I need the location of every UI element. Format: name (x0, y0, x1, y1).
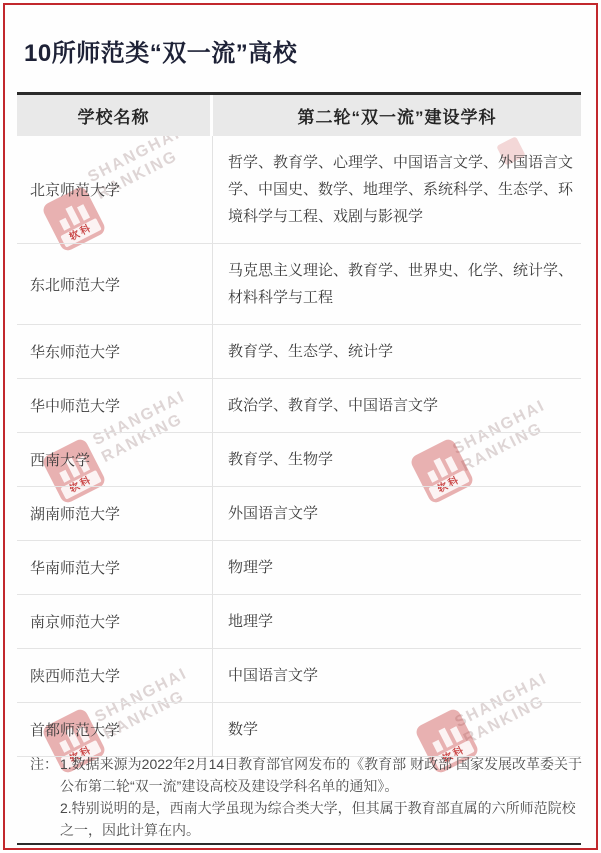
footnote-item: 1.数据来源为2022年2月14日教育部官网发布的《教育部 财政部 国家发展改革… (60, 753, 582, 797)
school-subjects: 物理学 (212, 541, 581, 594)
school-name: 东北师范大学 (17, 244, 212, 324)
school-name: 北京师范大学 (17, 136, 212, 243)
table-row: 北京师范大学 哲学、教育学、心理学、中国语言文学、外国语言文学、中国史、数学、地… (17, 136, 581, 244)
col-header-school-name: 学校名称 (17, 95, 210, 136)
footnote-item: 2.特别说明的是，西南大学虽现为综合类大学，但其属于教育部直属的六所师范院校之一… (60, 797, 582, 841)
footnote-body: 1.数据来源为2022年2月14日教育部官网发布的《教育部 财政部 国家发展改革… (60, 753, 582, 841)
table-row: 西南大学 教育学、生物学 (17, 433, 581, 487)
school-subjects: 马克思主义理论、教育学、世界史、化学、统计学、材料科学与工程 (212, 244, 581, 324)
school-subjects: 政治学、教育学、中国语言文学 (212, 379, 581, 432)
school-name: 南京师范大学 (17, 595, 212, 648)
school-name: 华东师范大学 (17, 325, 212, 378)
table-row: 湖南师范大学 外国语言文学 (17, 487, 581, 541)
footnote-label: 注： (30, 753, 58, 841)
table-row: 东北师范大学 马克思主义理论、教育学、世界史、化学、统计学、材料科学与工程 (17, 244, 581, 325)
table-row: 华东师范大学 教育学、生态学、统计学 (17, 325, 581, 379)
table-row: 南京师范大学 地理学 (17, 595, 581, 649)
universities-table: 学校名称 第二轮“双一流”建设学科 北京师范大学 哲学、教育学、心理学、中国语言… (17, 92, 581, 757)
school-name: 湖南师范大学 (17, 487, 212, 540)
school-subjects: 中国语言文学 (212, 649, 581, 702)
school-name: 华南师范大学 (17, 541, 212, 594)
school-subjects: 哲学、教育学、心理学、中国语言文学、外国语言文学、中国史、数学、地理学、系统科学… (212, 136, 581, 243)
bottom-rule (17, 843, 581, 845)
school-name: 首都师范大学 (17, 703, 212, 756)
table-row: 首都师范大学 数学 (17, 703, 581, 757)
school-subjects: 地理学 (212, 595, 581, 648)
page-title: 10所师范类“双一流”高校 (24, 33, 297, 68)
table-row: 华中师范大学 政治学、教育学、中国语言文学 (17, 379, 581, 433)
table-row: 陕西师范大学 中国语言文学 (17, 649, 581, 703)
school-subjects: 数学 (212, 703, 581, 756)
school-subjects: 外国语言文学 (212, 487, 581, 540)
footnotes: 注： 1.数据来源为2022年2月14日教育部官网发布的《教育部 财政部 国家发… (30, 753, 582, 841)
table-row: 华南师范大学 物理学 (17, 541, 581, 595)
col-header-subjects: 第二轮“双一流”建设学科 (213, 95, 581, 136)
school-name: 华中师范大学 (17, 379, 212, 432)
table-header-row: 学校名称 第二轮“双一流”建设学科 (17, 95, 581, 136)
infographic-frame: SHANGHAIRANKING 软科 SHANGHAIRANKING 软科 SH… (3, 3, 598, 850)
school-name: 西南大学 (17, 433, 212, 486)
school-name: 陕西师范大学 (17, 649, 212, 702)
school-subjects: 教育学、生物学 (212, 433, 581, 486)
school-subjects: 教育学、生态学、统计学 (212, 325, 581, 378)
